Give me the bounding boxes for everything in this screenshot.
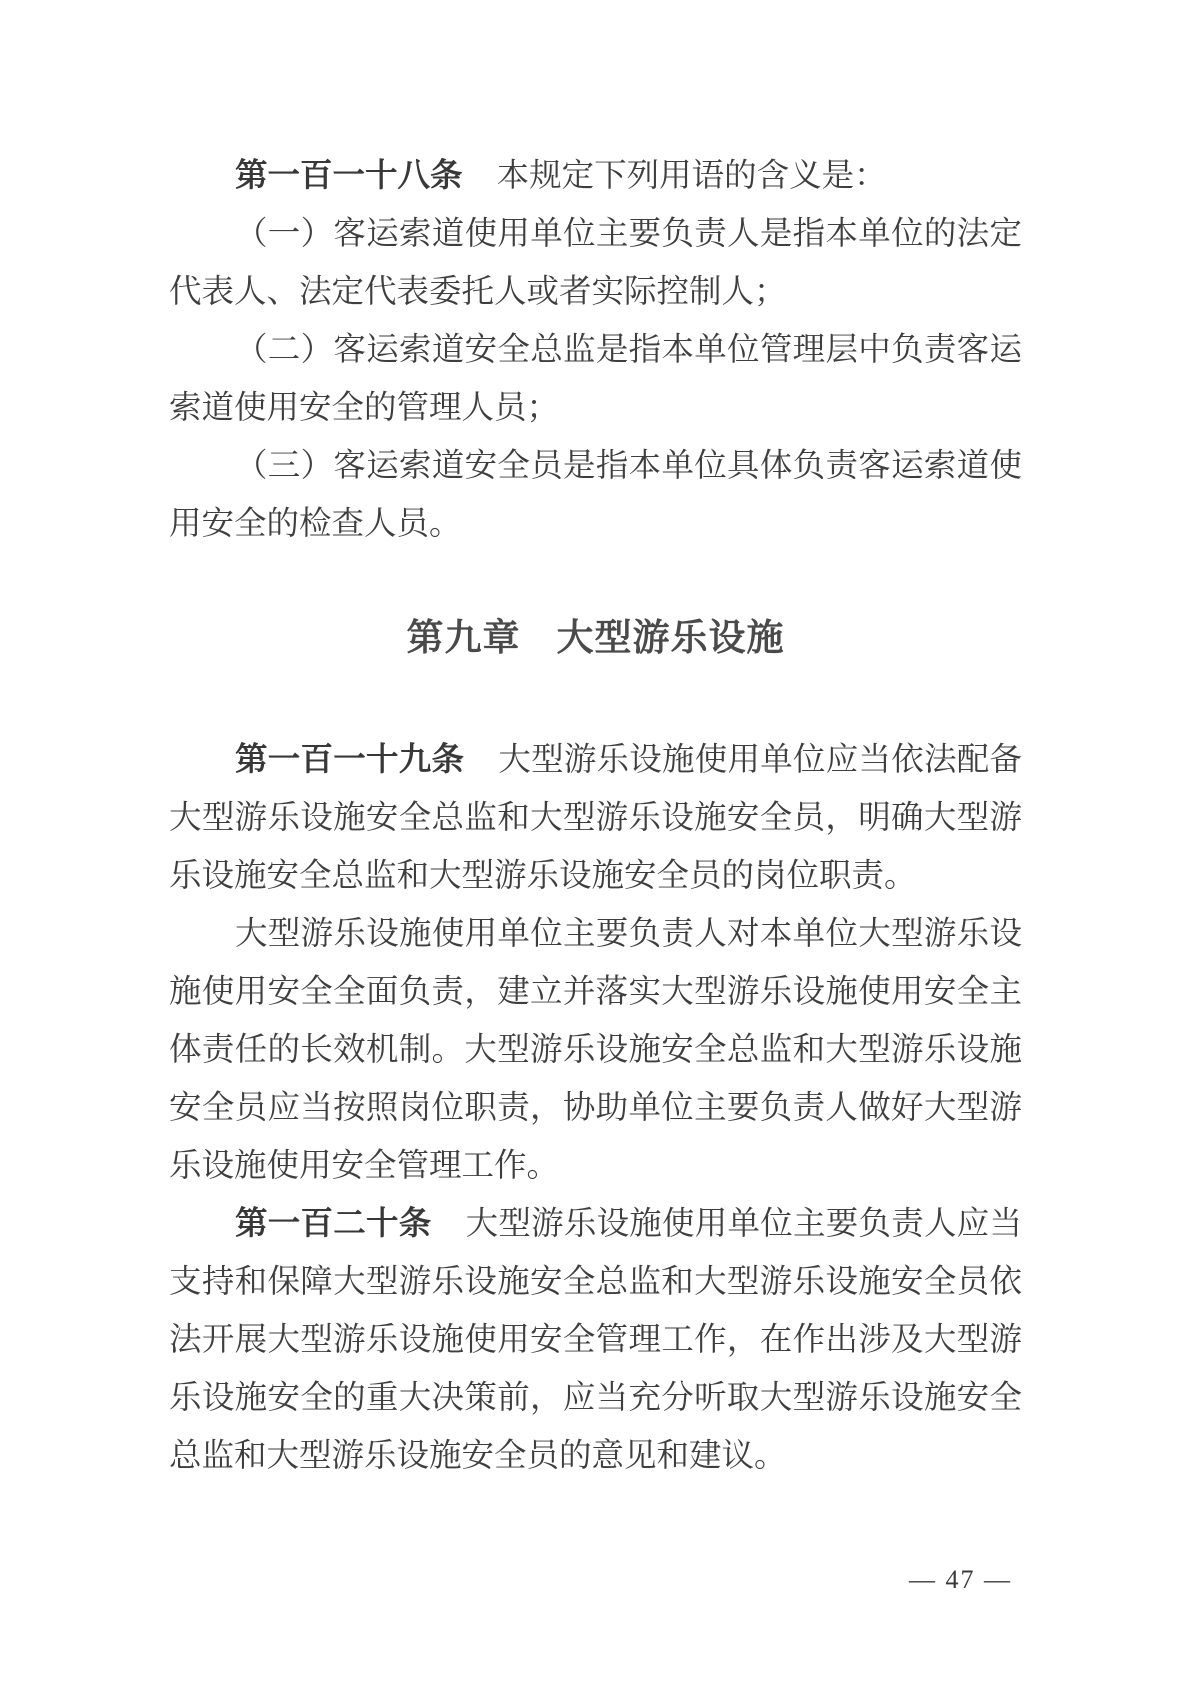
definition-item-3-text: （三）客运索道安全员是指本单位具体负责客运索道使用安全的检查人员。 xyxy=(169,448,1022,542)
document-body: 第一百一十八条本规定下列用语的含义是： （一）客运索道使用单位主要负责人是指本单… xyxy=(169,147,1022,1485)
article-118-number: 第一百一十八条 xyxy=(235,158,463,194)
page-number: — 47 — xyxy=(909,1562,1012,1598)
article-120-paragraph: 第一百二十条大型游乐设施使用单位主要负责人应当支持和保障大型游乐设施安全总监和大… xyxy=(169,1195,1022,1485)
article-119-paragraph-2: 大型游乐设施使用单位主要负责人对本单位大型游乐设施使用安全全面负责，建立并落实大… xyxy=(169,905,1022,1195)
article-120-number: 第一百二十条 xyxy=(235,1206,431,1242)
definition-item-2: （二）客运索道安全总监是指本单位管理层中负责客运索道使用安全的管理人员； xyxy=(169,321,1022,437)
article-119-number: 第一百一十九条 xyxy=(235,742,464,778)
definition-item-1: （一）客运索道使用单位主要负责人是指本单位的法定代表人、法定代表委托人或者实际控… xyxy=(169,205,1022,321)
article-120-text: 大型游乐设施使用单位主要负责人应当支持和保障大型游乐设施安全总监和大型游乐设施安… xyxy=(169,1206,1022,1474)
article-119-paragraph: 第一百一十九条大型游乐设施使用单位应当依法配备大型游乐设施安全总监和大型游乐设施… xyxy=(169,731,1022,905)
chapter-title: 大型游乐设施 xyxy=(557,617,785,658)
definition-item-2-text: （二）客运索道安全总监是指本单位管理层中负责客运索道使用安全的管理人员； xyxy=(169,332,1022,426)
chapter-heading: 第九章大型游乐设施 xyxy=(169,609,1022,667)
document-page: 第一百一十八条本规定下列用语的含义是： （一）客运索道使用单位主要负责人是指本单… xyxy=(0,0,1190,1683)
article-118-text: 本规定下列用语的含义是： xyxy=(497,158,887,194)
article-119-paragraph-2-text: 大型游乐设施使用单位主要负责人对本单位大型游乐设施使用安全全面负责，建立并落实大… xyxy=(169,916,1022,1184)
chapter-number: 第九章 xyxy=(407,617,521,658)
article-118-paragraph: 第一百一十八条本规定下列用语的含义是： xyxy=(169,147,1022,205)
definition-item-3: （三）客运索道安全员是指本单位具体负责客运索道使用安全的检查人员。 xyxy=(169,437,1022,553)
definition-item-1-text: （一）客运索道使用单位主要负责人是指本单位的法定代表人、法定代表委托人或者实际控… xyxy=(169,216,1022,310)
